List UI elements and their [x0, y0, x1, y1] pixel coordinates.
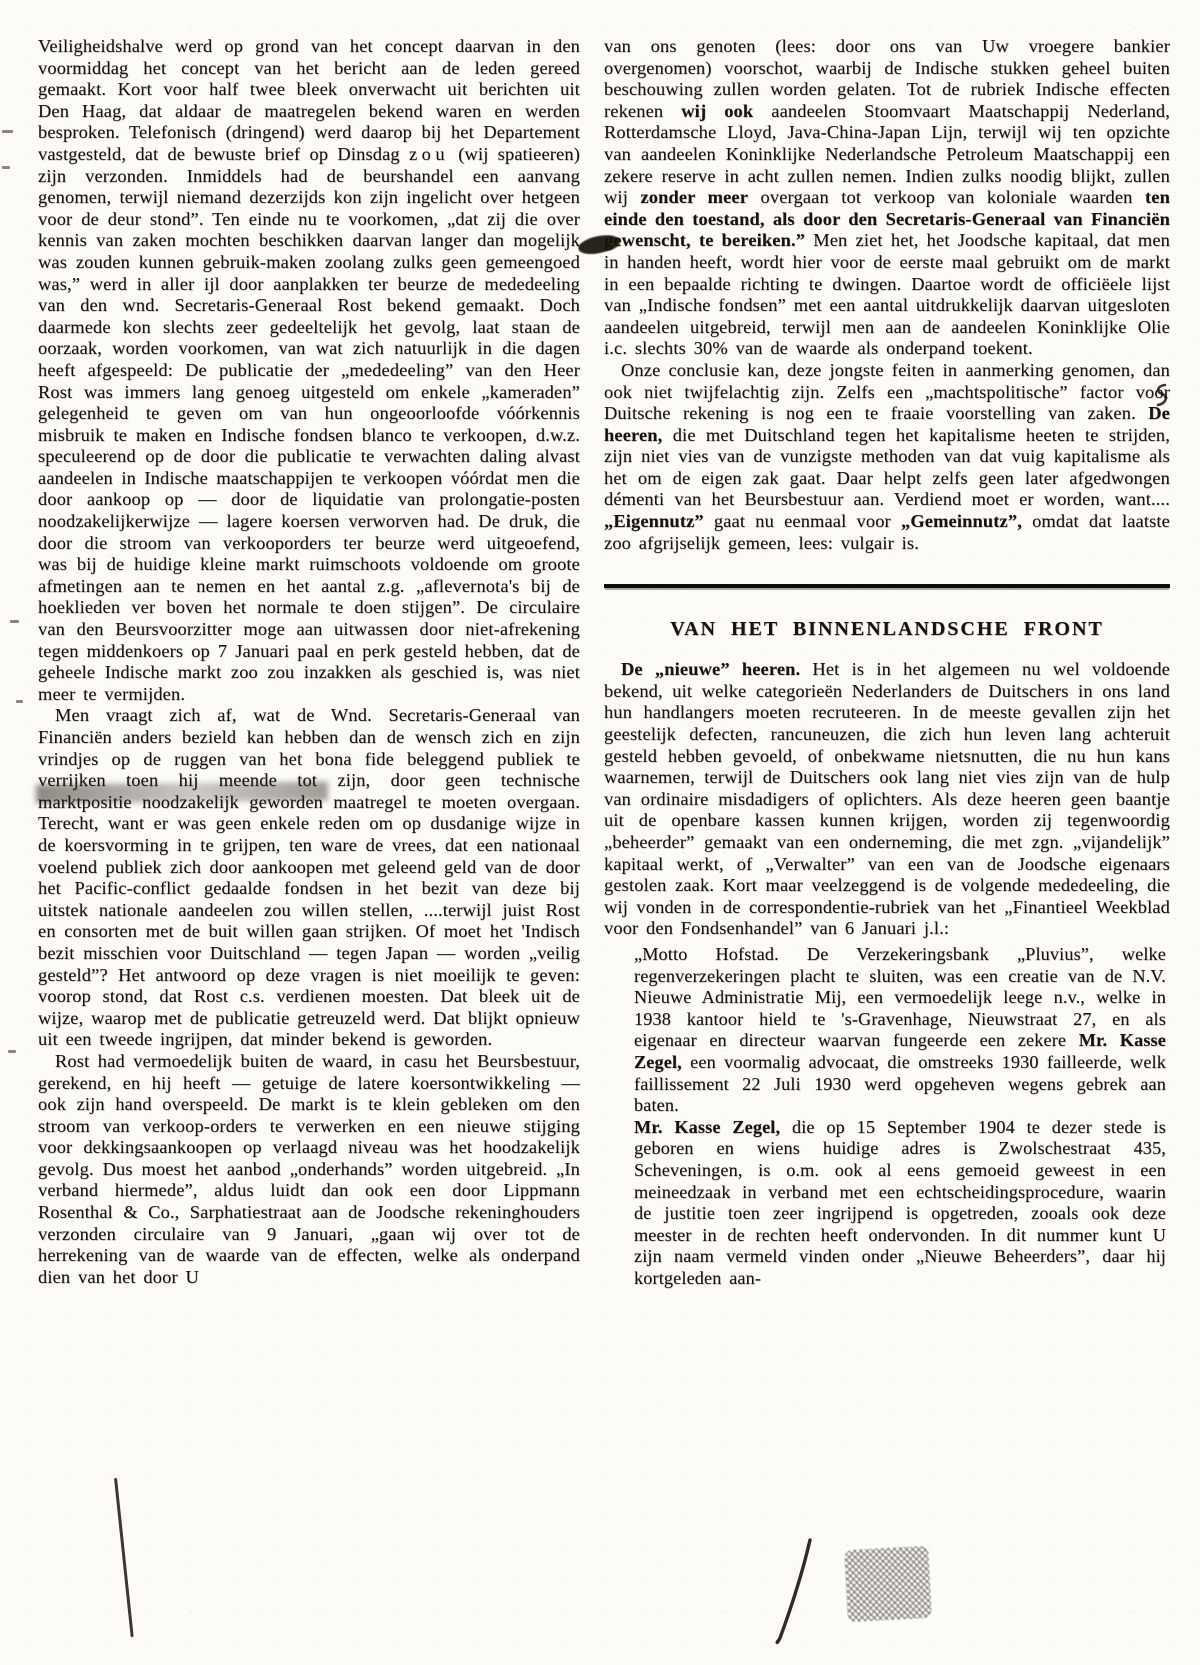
- margin-mark-artifact: [8, 1050, 16, 1053]
- paragraph: Rost had vermoedelijk buiten de waard, i…: [38, 1051, 580, 1289]
- text-run: een voormalig advocaat, die omstreeks 19…: [634, 1052, 1166, 1115]
- margin-mark-artifact: [16, 700, 23, 703]
- text-run: wij ook: [681, 101, 753, 121]
- paragraph: Mr. Kasse Zegel, die op 15 September 190…: [634, 1117, 1166, 1290]
- quoted-announcement: „Motto Hofstad. De Verzekeringsbank „Plu…: [634, 944, 1166, 1290]
- paragraph: Veiligheidshalve werd op grond van het c…: [38, 36, 580, 705]
- text-run: Mr. Kasse Zegel,: [634, 1117, 780, 1137]
- section-divider-rule: [604, 584, 1170, 588]
- pen-stroke-artifact-right: [768, 1538, 820, 1648]
- paragraph: Men vraagt zich af, wat de Wnd. Secretar…: [38, 705, 580, 1051]
- paragraph: „Motto Hofstad. De Verzekeringsbank „Plu…: [634, 944, 1166, 1117]
- text-run: Onze conclusie kan, deze jongste feiten …: [604, 360, 1170, 423]
- right-column: van ons genoten (lees: door ons van Uw v…: [604, 36, 1170, 1289]
- text-run: gaat nu eenmaal voor: [704, 511, 901, 531]
- section-heading: VAN HET BINNENLANDSCHE FRONT: [604, 618, 1170, 641]
- text-run: zou: [409, 144, 449, 164]
- paragraph: van ons genoten (lees: door ons van Uw v…: [604, 36, 1170, 360]
- section-body: De „nieuwe” heeren. Het is in het algeme…: [604, 659, 1170, 940]
- pen-stroke-artifact-left: [114, 1478, 134, 1637]
- scanned-newspaper-page: Veiligheidshalve werd op grond van het c…: [0, 0, 1200, 1665]
- text-run: die op 15 September 1904 te dezer stede …: [634, 1117, 1166, 1288]
- text-run: Het is in het algemeen nu wel voldoende …: [604, 659, 1170, 938]
- text-run: (wij spatieeren) zijn verzonden. Inmidde…: [38, 144, 580, 704]
- text-run: die met Duitschland tegen het kapitalism…: [604, 425, 1170, 510]
- text-run: „Gemeinnutz”,: [901, 511, 1022, 531]
- margin-mark-artifact: [2, 166, 10, 169]
- text-run: Rost had vermoedelijk buiten de waard, i…: [38, 1051, 580, 1287]
- text-run: „Eigennutz”: [604, 511, 704, 531]
- article-continuation: van ons genoten (lees: door ons van Uw v…: [604, 36, 1170, 554]
- margin-mark-artifact: [10, 620, 19, 623]
- left-column: Veiligheidshalve werd op grond van het c…: [38, 36, 580, 1289]
- two-column-layout: Veiligheidshalve werd op grond van het c…: [38, 36, 1170, 1289]
- text-run: overgaan tot verkoop van koloniale waard…: [748, 187, 1145, 207]
- text-run: zonder meer: [640, 187, 748, 207]
- margin-mark-artifact: [2, 130, 13, 133]
- text-run: De „nieuwe” heeren.: [621, 659, 800, 679]
- ink-smudge-artifact: [844, 1546, 932, 1622]
- paragraph: Onze conclusie kan, deze jongste feiten …: [604, 360, 1170, 554]
- paragraph: De „nieuwe” heeren. Het is in het algeme…: [604, 659, 1170, 940]
- text-run: Men vraagt zich af, wat de Wnd. Secretar…: [38, 705, 580, 1049]
